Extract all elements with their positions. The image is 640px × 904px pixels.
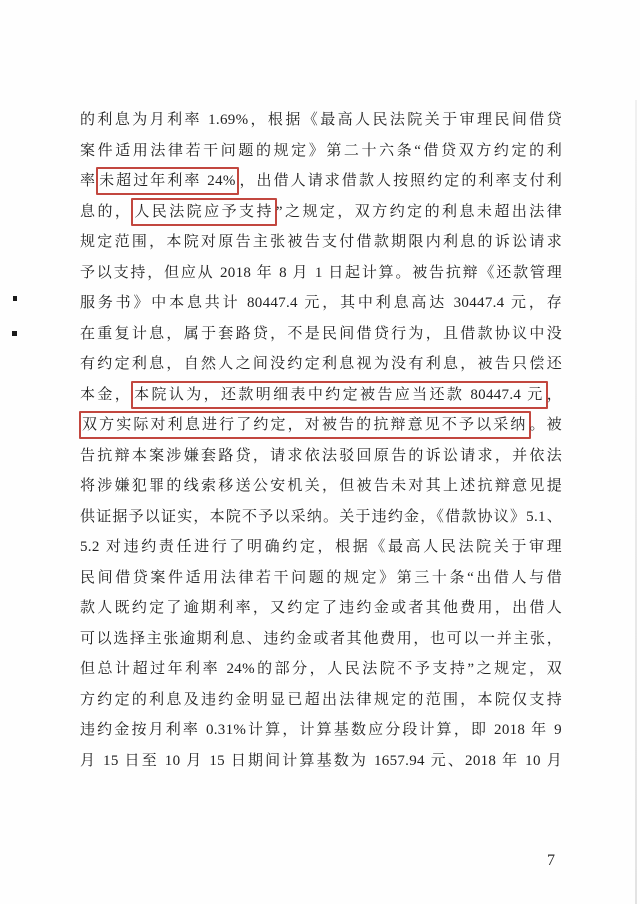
text-line: 的利息为月利率 1.69%，根据《最高人民法院关于审理民间借贷 (80, 105, 562, 136)
text-line: 案件适用法律若干问题的规定》第二十六条“借贷双方约定的利 (80, 136, 562, 167)
text-line: 在重复计息，属于套路贷，不是民间借贷行为，且借款协议中没 (80, 319, 562, 350)
text-segment: 供证据予以证实，本院不予以采纳。关于违约金，《借款协议》5.1、 (80, 509, 562, 525)
scan-edge-line (635, 100, 637, 904)
text-segment: 予以支持，但应从 2018 年 8 月 1 日起计算。被告抗辩《还款管理 (80, 265, 562, 281)
text-line: 款人既约定了逾期利率，又约定了违约金或者其他费用，出借人 (80, 593, 562, 624)
text-line: 双方实际对利息进行了约定，对被告的抗辩意见不予以采纳。被 (80, 410, 562, 441)
red-highlight-box: 本院认为，还款明细表中约定被告应当还款 80447.4 元 (131, 381, 548, 409)
text-segment: 民间借贷案件适用法律若干问题的规定》第三十条“出借人与借 (80, 570, 562, 586)
text-line: 率未超过年利率 24%，出借人请求借款人按照约定的利率支付利 (80, 166, 562, 197)
text-segment: 服务书》中本息共计 80447.4 元，其中利息高达 30447.4 元，存 (80, 295, 562, 311)
document-text: 的利息为月利率 1.69%，根据《最高人民法院关于审理民间借贷案件适用法律若干问… (80, 105, 562, 776)
text-segment: 的利息为月利率 1.69%，根据《最高人民法院关于审理民间借贷 (80, 112, 562, 128)
text-line: 息的，人民法院应予支持”之规定，双方约定的利息未超出法律 (80, 197, 562, 228)
text-line: 方约定的利息及违约金明显已超出法律规定的范围，本院仅支持 (80, 685, 562, 716)
text-line: 予以支持，但应从 2018 年 8 月 1 日起计算。被告抗辩《还款管理 (80, 258, 562, 289)
text-segment: 可以选择主张逾期利息、违约金或者其他费用，也可以一并主张， (80, 631, 562, 647)
text-segment: 在重复计息，属于套路贷，不是民间借贷行为，且借款协议中没 (80, 326, 562, 342)
text-line: 但总计超过年利率 24%的部分，人民法院不予支持”之规定，双 (80, 654, 562, 685)
red-highlight-box: 人民法院应予支持 (131, 198, 277, 226)
text-segment: 但总计超过年利率 24%的部分，人民法院不予支持”之规定，双 (80, 661, 562, 677)
text-line: 将涉嫌犯罪的线索移送公安机关，但被告未对其上述抗辩意见提 (80, 471, 562, 502)
text-segment: 将涉嫌犯罪的线索移送公安机关，但被告未对其上述抗辩意见提 (80, 478, 562, 494)
text-line: 月 15 日至 10 月 15 日期间计算基数为 1657.94 元、2018 … (80, 746, 562, 777)
red-highlight-box: 双方实际对利息进行了约定，对被告的抗辩意见不予以采纳 (79, 411, 531, 439)
text-segment: 息的， (80, 204, 132, 220)
scan-artifact-dot (12, 331, 17, 336)
text-line: 可以选择主张逾期利息、违约金或者其他费用，也可以一并主张， (80, 624, 562, 655)
text-segment: 。被 (530, 417, 562, 433)
text-segment: 本金， (80, 387, 132, 403)
text-line: 违约金按月利率 0.31%计算，计算基数应分段计算，即 2018 年 9 (80, 715, 562, 746)
text-segment: 5.2 对违约责任进行了明确约定，根据《最高人民法院关于审理 (80, 539, 562, 555)
page-number: 7 (547, 852, 555, 870)
text-segment: 告抗辩本案涉嫌套路贷，请求依法驳回原告的诉讼请求，并依法 (80, 448, 562, 464)
text-segment: 规定范围，本院对原告主张被告支付借款期限内利息的诉讼请求 (80, 234, 562, 250)
text-line: 供证据予以证实，本院不予以采纳。关于违约金，《借款协议》5.1、 (80, 502, 562, 533)
text-segment: 月 15 日至 10 月 15 日期间计算基数为 1657.94 元、2018 … (80, 753, 562, 769)
text-line: 告抗辩本案涉嫌套路贷，请求依法驳回原告的诉讼请求，并依法 (80, 441, 562, 472)
text-segment: 方约定的利息及违约金明显已超出法律规定的范围，本院仅支持 (80, 692, 562, 708)
text-segment: 案件适用法律若干问题的规定》第二十六条“借贷双方约定的利 (80, 143, 562, 159)
text-line: 5.2 对违约责任进行了明确约定，根据《最高人民法院关于审理 (80, 532, 562, 563)
text-line: 服务书》中本息共计 80447.4 元，其中利息高达 30447.4 元，存 (80, 288, 562, 319)
text-segment: 有约定利息，自然人之间没约定利息视为没有利息，被告只偿还 (80, 356, 562, 372)
red-highlight-box: 未超过年利率 24% (96, 167, 239, 195)
text-segment: 款人既约定了逾期利率，又约定了违约金或者其他费用，出借人 (80, 600, 562, 616)
text-segment: ，出借人请求借款人按照约定的利率支付利 (238, 173, 562, 189)
text-line: 有约定利息，自然人之间没约定利息视为没有利息，被告只偿还 (80, 349, 562, 380)
scan-artifact-dot (13, 296, 17, 301)
text-segment: ， (547, 387, 562, 403)
text-segment: ”之规定，双方约定的利息未超出法律 (276, 204, 562, 220)
text-line: 本金，本院认为，还款明细表中约定被告应当还款 80447.4 元， (80, 380, 562, 411)
scanned-court-document-page: 的利息为月利率 1.69%，根据《最高人民法院关于审理民间借贷案件适用法律若干问… (0, 0, 640, 904)
text-segment: 违约金按月利率 0.31%计算，计算基数应分段计算，即 2018 年 9 (80, 722, 562, 738)
text-line: 规定范围，本院对原告主张被告支付借款期限内利息的诉讼请求 (80, 227, 562, 258)
text-segment: 率 (80, 173, 97, 189)
text-line: 民间借贷案件适用法律若干问题的规定》第三十条“出借人与借 (80, 563, 562, 594)
